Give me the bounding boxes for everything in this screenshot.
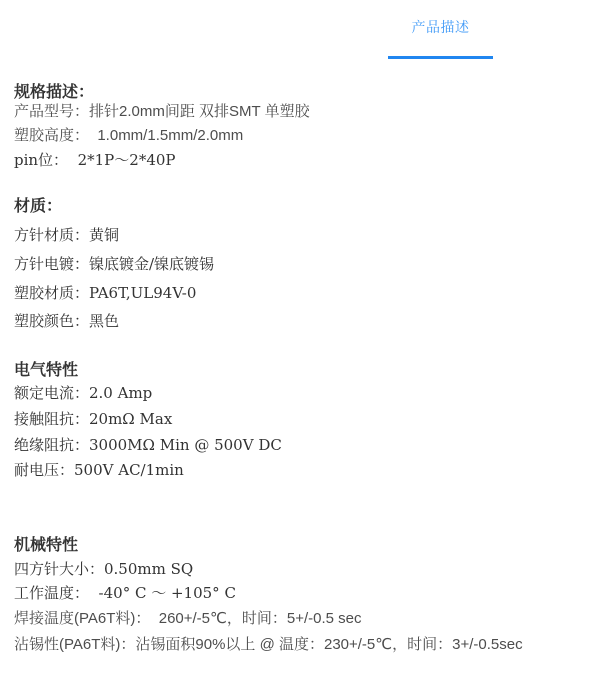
spec-line-pin-positions: pin位： 2*1P～2*40P <box>14 151 176 169</box>
tab-active-underline <box>388 56 493 59</box>
spec-line-rated-current: 额定电流：2.0 Amp <box>14 384 152 402</box>
spec-line-soldering-temp: 焊接温度(PA6T料)： 260+/-5℃，时间：5+/-0.5 sec <box>14 610 362 628</box>
spec-line-contact-resistance: 接触阻抗：20mΩ Max <box>14 410 172 428</box>
tab-product-description-label: 产品描述 <box>412 19 470 35</box>
spec-line-plastic-material: 塑胶材质：PA6T,UL94V-0 <box>14 284 196 302</box>
spec-line-plastic-height: 塑胶高度： 1.0mm/1.5mm/2.0mm <box>14 127 243 145</box>
spec-line-operating-temp: 工作温度： -40° C ～ +105° C <box>14 584 236 602</box>
section-heading-material: 材质： <box>14 196 62 215</box>
section-heading-spec: 规格描述： <box>14 82 94 101</box>
product-description-page: 产品描述 规格描述： 产品型号：排针2.0mm间距 双排SMT 单塑胶 塑胶高度… <box>0 0 605 680</box>
spec-line-plastic-color: 塑胶颜色：黑色 <box>14 312 119 330</box>
spec-line-withstand-voltage: 耐电压：500V AC/1min <box>14 461 184 479</box>
spec-line-square-pin-size: 四方针大小：0.50mm SQ <box>14 560 193 578</box>
section-heading-electrical: 电气特性 <box>14 360 78 379</box>
spec-line-pin-material: 方针材质：黄铜 <box>14 226 119 244</box>
spec-line-insulation-resistance: 绝缘阻抗：3000MΩ Min @ 500V DC <box>14 436 282 454</box>
section-heading-mechanical: 机械特性 <box>14 535 78 554</box>
spec-line-solderability: 沾锡性(PA6T料)：沾锡面积90%以上 @ 温度：230+/-5℃，时间：3+… <box>14 636 523 654</box>
tab-product-description[interactable]: 产品描述 <box>388 0 493 59</box>
spec-line-pin-plating: 方针电镀：镍底镀金/镍底镀锡 <box>14 255 214 273</box>
spec-line-product-model: 产品型号：排针2.0mm间距 双排SMT 单塑胶 <box>14 103 310 121</box>
